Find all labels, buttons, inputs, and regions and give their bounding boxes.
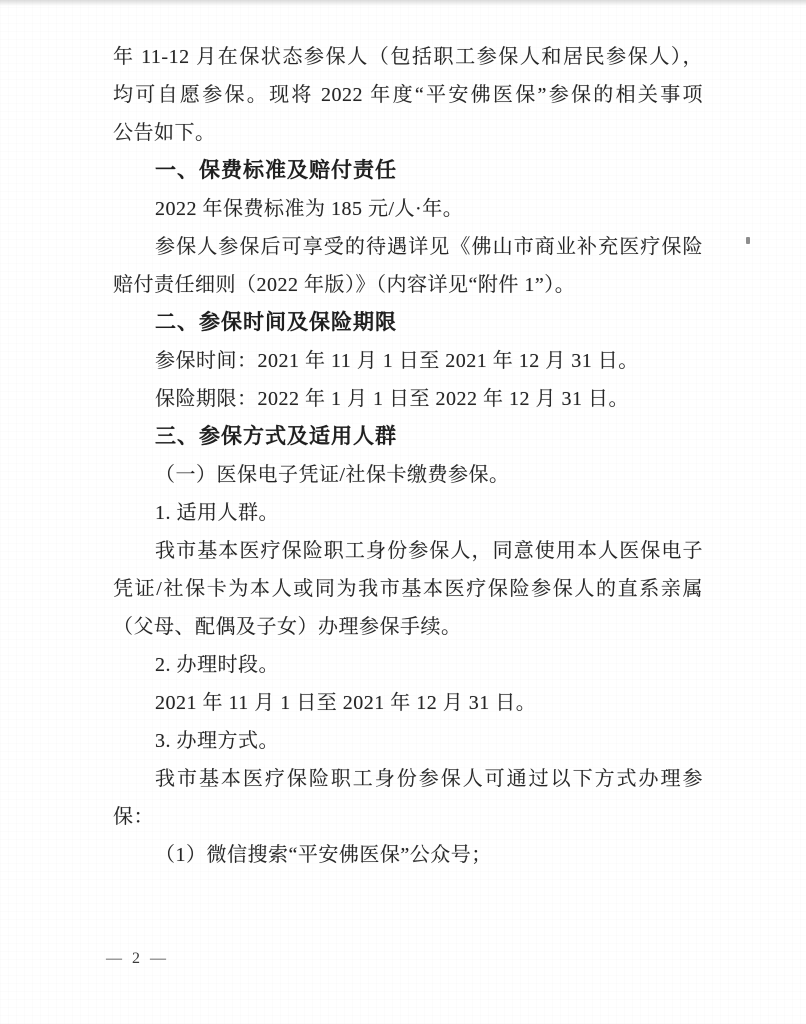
scan-top-edge-shadow: [0, 0, 806, 6]
document-page: 年 11-12 月在保状态参保人（包括职工参保人和居民参保人）， 均可自愿参保。…: [0, 0, 806, 1024]
section-heading: 一、保费标准及赔付责任: [113, 152, 703, 190]
text-line: 赔付责任细则（2022 年版）》（内容详见“附件 1”）。: [113, 266, 703, 304]
text-line: 我市基本医疗保险职工身份参保人，同意使用本人医保电子: [113, 532, 703, 570]
text-line: 凭证/社保卡为本人或同为我市基本医疗保险参保人的直系亲属: [113, 570, 703, 608]
text-line: 参保人参保后可享受的待遇详见《佛山市商业补充医疗保险: [113, 228, 703, 266]
page-number: — 2 —: [106, 950, 169, 968]
text-line: 2021 年 11 月 1 日至 2021 年 12 月 31 日。: [113, 684, 703, 722]
text-line: 3. 办理方式。: [113, 722, 703, 760]
text-line: 保：: [113, 798, 703, 836]
text-line: 2022 年保费标准为 185 元/人·年。: [113, 190, 703, 228]
text-line: 年 11-12 月在保状态参保人（包括职工参保人和居民参保人），: [113, 38, 703, 76]
text-line: 1. 适用人群。: [113, 494, 703, 532]
text-line: 均可自愿参保。现将 2022 年度“平安佛医保”参保的相关事项: [113, 76, 703, 114]
text-line: 保险期限：2022 年 1 月 1 日至 2022 年 12 月 31 日。: [113, 380, 703, 418]
page-content: 年 11-12 月在保状态参保人（包括职工参保人和居民参保人）， 均可自愿参保。…: [113, 38, 703, 874]
text-line: 2. 办理时段。: [113, 646, 703, 684]
text-line: （1）微信搜索“平安佛医保”公众号；: [113, 836, 703, 874]
text-line: 公告如下。: [113, 114, 703, 152]
scan-artifact: [746, 237, 750, 244]
text-line: 参保时间：2021 年 11 月 1 日至 2021 年 12 月 31 日。: [113, 342, 703, 380]
text-line: （父母、配偶及子女）办理参保手续。: [113, 608, 703, 646]
section-heading: 二、参保时间及保险期限: [113, 304, 703, 342]
text-line: 我市基本医疗保险职工身份参保人可通过以下方式办理参: [113, 760, 703, 798]
text-line: （一）医保电子凭证/社保卡缴费参保。: [113, 456, 703, 494]
section-heading: 三、参保方式及适用人群: [113, 418, 703, 456]
